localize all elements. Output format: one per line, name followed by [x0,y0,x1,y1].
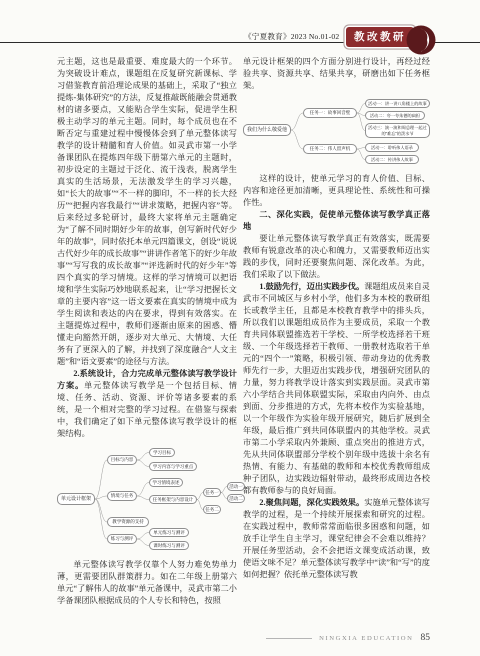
crescent-moon-icon [406,25,436,60]
diagram-node-root: 我们为什么敬爱他 [243,124,291,136]
diagram-node-root: 单元设计框架 [57,493,95,505]
diagram-node: 活动一：讲一讲八角楼上的故事 [365,99,430,108]
diagram-node: 活动一：聆听伟人语录 [365,143,419,152]
diagram-node: 学习情境表述 [149,478,183,487]
diagram-node: 学习目标 [149,448,175,457]
journal-name-english: NINGXIA EDUCATION [319,635,413,642]
paragraph-encourage-pioneering: 1.鼓励先行，迈出实践步伐。课题组成员来自灵武市不同城区与乡村小学，他们多为本校… [243,281,430,497]
diagram-node: 任务二 [203,505,221,514]
diagram-node: 任务一：故事回音壁 [303,108,357,118]
paragraph-system-design: 2.系统设计，合力完成单元整体读写教学设计方案。单元整体读写教学是一个包括目标、… [57,368,237,440]
diagram-node: 练习与测评 [107,534,137,544]
paragraph-team-work: 单元整体读写教学仅靠个人努力难免势单力薄，更需要团队群策群力。如在二年级上册第六… [57,559,237,607]
journal-page: 《宁夏教育》2023 No.01-02 教改教研 元主题，这也是最重要、难度最大… [0,0,480,656]
paragraph-lead: 1.鼓励先行，迈出实践步伐。 [259,282,364,291]
section-heading-deepen-practice: 二、深化实践，促使单元整体读写教学真正落地 [243,209,430,233]
footer-rule [266,638,312,639]
paragraph-practice-intro: 要让单元整体读写教学真正有效落实，既需要教师有锐意改革的决心和魄力，又需要教师迈… [243,233,430,281]
diagram-node: 任务框架与内容设计 [149,495,197,504]
left-column: 元主题，这也是最重要、难度最大的一个环节。为突破设计难点，课题组在反复研究新课标… [57,56,237,607]
page-footer: NINGXIA EDUCATION 85 [266,633,430,643]
journal-citation: 《宁夏教育》2023 No.01-02 [244,31,339,42]
diagram-node: 活动三：演一演和周总理一起过的“难忘”的泼水节 [365,123,430,138]
diagram-node: 教学资源的支持 [107,517,149,527]
diagram-node: 学习内容与学习重点 [149,462,197,471]
paragraph-lead: 2.聚焦问题，深化实践效果。 [259,498,364,507]
unit-design-framework-diagram: 单元设计框架 目标与内容 学习目标 学习内容与学习重点 情境与任务 学习情境表述… [57,447,239,553]
diagram-node: 目标与内容 [107,455,137,465]
paragraph-task-framework: 单元设计框架的四个方面分别进行设计，再经过经验共享、资源共享、结果共享，研磨出如… [243,56,430,92]
diagram-node: 任务二：伟人留声机 [303,144,357,154]
paragraph-body: 实施单元整体读写教学的过程，是一个持续开展探索和研究的过程。在实践过程中，教师常… [243,498,430,579]
paragraph-body: 单元整体读写教学是一个包括目标、情境、任务、活动、资源、评价等诸多要素的系统，是… [57,381,237,438]
diagram-node: 课时练习与测评 [149,541,189,550]
section-badge: 教改教研 [346,27,414,47]
right-column: 单元设计框架的四个方面分别进行设计，再经过经验共享、资源共享、结果共享，研磨出如… [243,56,430,581]
paragraph-design-value: 这样的设计，使单元学习的育人价值、目标、内容和途径更加清晰，更具理论性、系统性和… [243,173,430,209]
diagram-node: 活动二：夸一夸朱德的扁担 [365,111,425,120]
paragraph-body: 课题组成员来自灵武市不同城区与乡村小学，他们多为本校的教研组长或教学主任，且都是… [243,282,430,495]
diagram-node: 活动二：传讲伟人故事 [365,155,419,164]
page-number: 85 [421,633,431,643]
paragraph-unit-theme: 元主题，这也是最重要、难度最大的一个环节。为突破设计难点，课题组在反复研究新课标… [57,56,237,368]
task-framework-diagram: 我们为什么敬爱他 任务一：故事回音壁 任务二：伟人留声机 活动一：讲一讲八角楼上… [243,99,430,167]
diagram-node: 情境与任务 [107,491,137,501]
diagram-node: 任务一 [203,488,221,497]
diagram-node: 单元练习与测评 [149,528,189,537]
paragraph-focus-problems: 2.聚焦问题，深化实践效果。实施单元整体读写教学的过程，是一个持续开展探索和研究… [243,497,430,581]
